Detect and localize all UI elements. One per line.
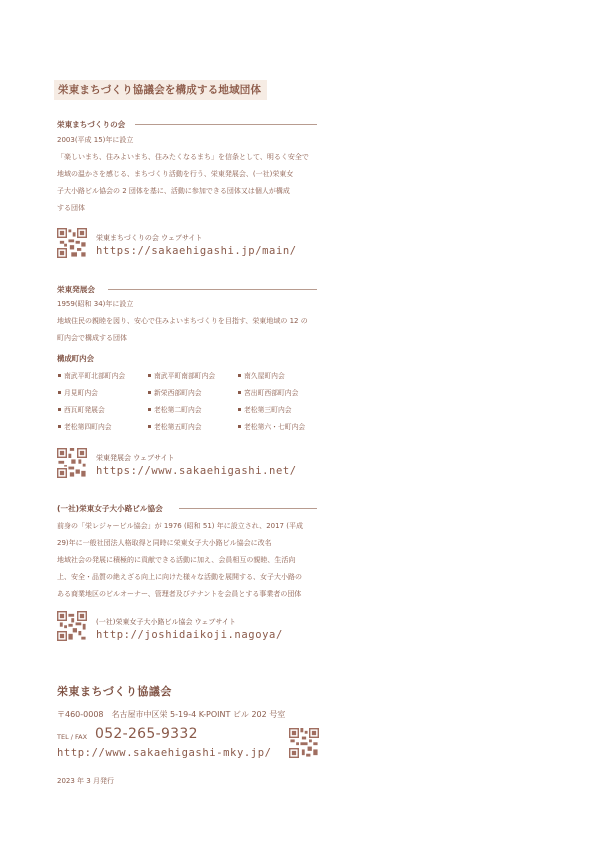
bullet-icon — [148, 408, 151, 411]
qr-code-icon — [289, 728, 319, 758]
member-association-item: 老松第五町内会 — [148, 419, 238, 436]
member-association-item: 宮出町西部町内会 — [238, 385, 328, 402]
section-title-hattenkai: 栄東発展会 — [57, 284, 95, 295]
section-divider — [179, 508, 317, 509]
bullet-icon — [148, 425, 151, 428]
bullet-icon — [238, 391, 241, 394]
member-association-item: 老松第三町内会 — [238, 402, 328, 419]
description-line: 地域社会の発展に積極的に貢献できる活動に加え、会員相互の親睦、生活向 — [57, 552, 327, 570]
footer-website-link[interactable]: http://www.sakaehigashi-mky.jp/ — [57, 747, 272, 759]
description-line: 地域の温かさを感じる、まちづくり活動を行う、栄東発展会、(一社)栄東女 — [57, 166, 327, 184]
member-association-item: 南武平町南部町内会 — [148, 368, 238, 385]
description-line: 前身の「栄レジャービル協会」が 1976 (昭和 51) 年に設立され、2017… — [57, 518, 327, 536]
bullet-icon — [58, 408, 61, 411]
member-association-item: 南久屋町内会 — [238, 368, 328, 385]
footer-org-name: 栄東まちづくり協議会 — [57, 683, 172, 699]
description-line: 地域住民の親睦を図り、安心で住みよいまちづくりを目指す、栄東地域の 12 の — [57, 313, 327, 331]
description-line: 29)年に一般社団法人格取得と同時に栄東女子大小路ビル協会に改名 — [57, 535, 327, 553]
description-line: ある商業地区のビルオーナー、管理者及びテナントを会員とする事業者の団体 — [57, 586, 327, 604]
bullet-icon — [58, 391, 61, 394]
member-association-item: 老松第二町内会 — [148, 402, 238, 419]
bullet-icon — [148, 374, 151, 377]
bullet-icon — [148, 391, 151, 394]
footer-address: 〒460-0008 名古屋市中区栄 5-19-4 K-POINT ビル 202 … — [57, 709, 285, 720]
section-title-building-association: (一社)栄東女子大小路ビル協会 — [57, 503, 163, 514]
member-association-item: 老松第四町内会 — [58, 419, 148, 436]
section-divider — [135, 124, 317, 125]
bullet-icon — [58, 374, 61, 377]
founded-text: 2003(平成 15)年に設立 — [57, 132, 327, 150]
tel-number: 052-265-9332 — [95, 726, 198, 742]
member-associations-grid: 南武平町北部町内会 南武平町南部町内会 南久屋町内会 月見町内会 新栄西部町内会… — [58, 368, 328, 436]
website-link[interactable]: https://sakaehigashi.jp/main/ — [96, 245, 297, 257]
qr-code-icon — [57, 611, 87, 641]
description-line: する団体 — [57, 200, 327, 218]
description-line: 子大小路ビル協会の 2 団体を基に、活動に参加できる団体又は個人が構成 — [57, 183, 327, 201]
description-line: 「楽しいまち、住みよいまち、住みたくなるまち」を信条として、明るく安全で — [57, 149, 327, 167]
description-line: 町内会で構成する団体 — [57, 330, 327, 348]
member-association-item: 月見町内会 — [58, 385, 148, 402]
bullet-icon — [238, 408, 241, 411]
page-heading: 栄東まちづくり協議会を構成する地域団体 — [54, 80, 267, 100]
qr-code-icon — [57, 448, 87, 478]
member-association-item: 老松第六・七町内会 — [238, 419, 328, 436]
member-associations-title: 構成町内会 — [57, 353, 94, 364]
member-association-item: 新栄西部町内会 — [148, 385, 238, 402]
tel-label: TEL / FAX — [57, 733, 87, 741]
website-label: 栄東発展会 ウェブサイト — [96, 453, 174, 463]
bullet-icon — [238, 374, 241, 377]
section-title-machizukuri: 栄東まちづくりの会 — [57, 119, 125, 130]
section-divider — [108, 289, 317, 290]
founded-text: 1959(昭和 34)年に設立 — [57, 296, 327, 314]
bullet-icon — [238, 425, 241, 428]
website-label: 栄東まちづくりの会 ウェブサイト — [96, 233, 202, 243]
bullet-icon — [58, 425, 61, 428]
website-label: (一社)栄東女子大小路ビル協会 ウェブサイト — [96, 617, 236, 627]
description-line: 上、安全・品質の絶えざる向上に向けた様々な活動を展開する、女子大小路の — [57, 569, 327, 587]
qr-code-icon — [57, 228, 87, 258]
member-association-item: 南武平町北部町内会 — [58, 368, 148, 385]
issue-date: 2023 年 3 月発行 — [57, 776, 114, 786]
website-link[interactable]: https://www.sakaehigashi.net/ — [96, 465, 297, 477]
member-association-item: 西瓦町発展会 — [58, 402, 148, 419]
website-link[interactable]: http://joshidaikoji.nagoya/ — [96, 629, 283, 641]
